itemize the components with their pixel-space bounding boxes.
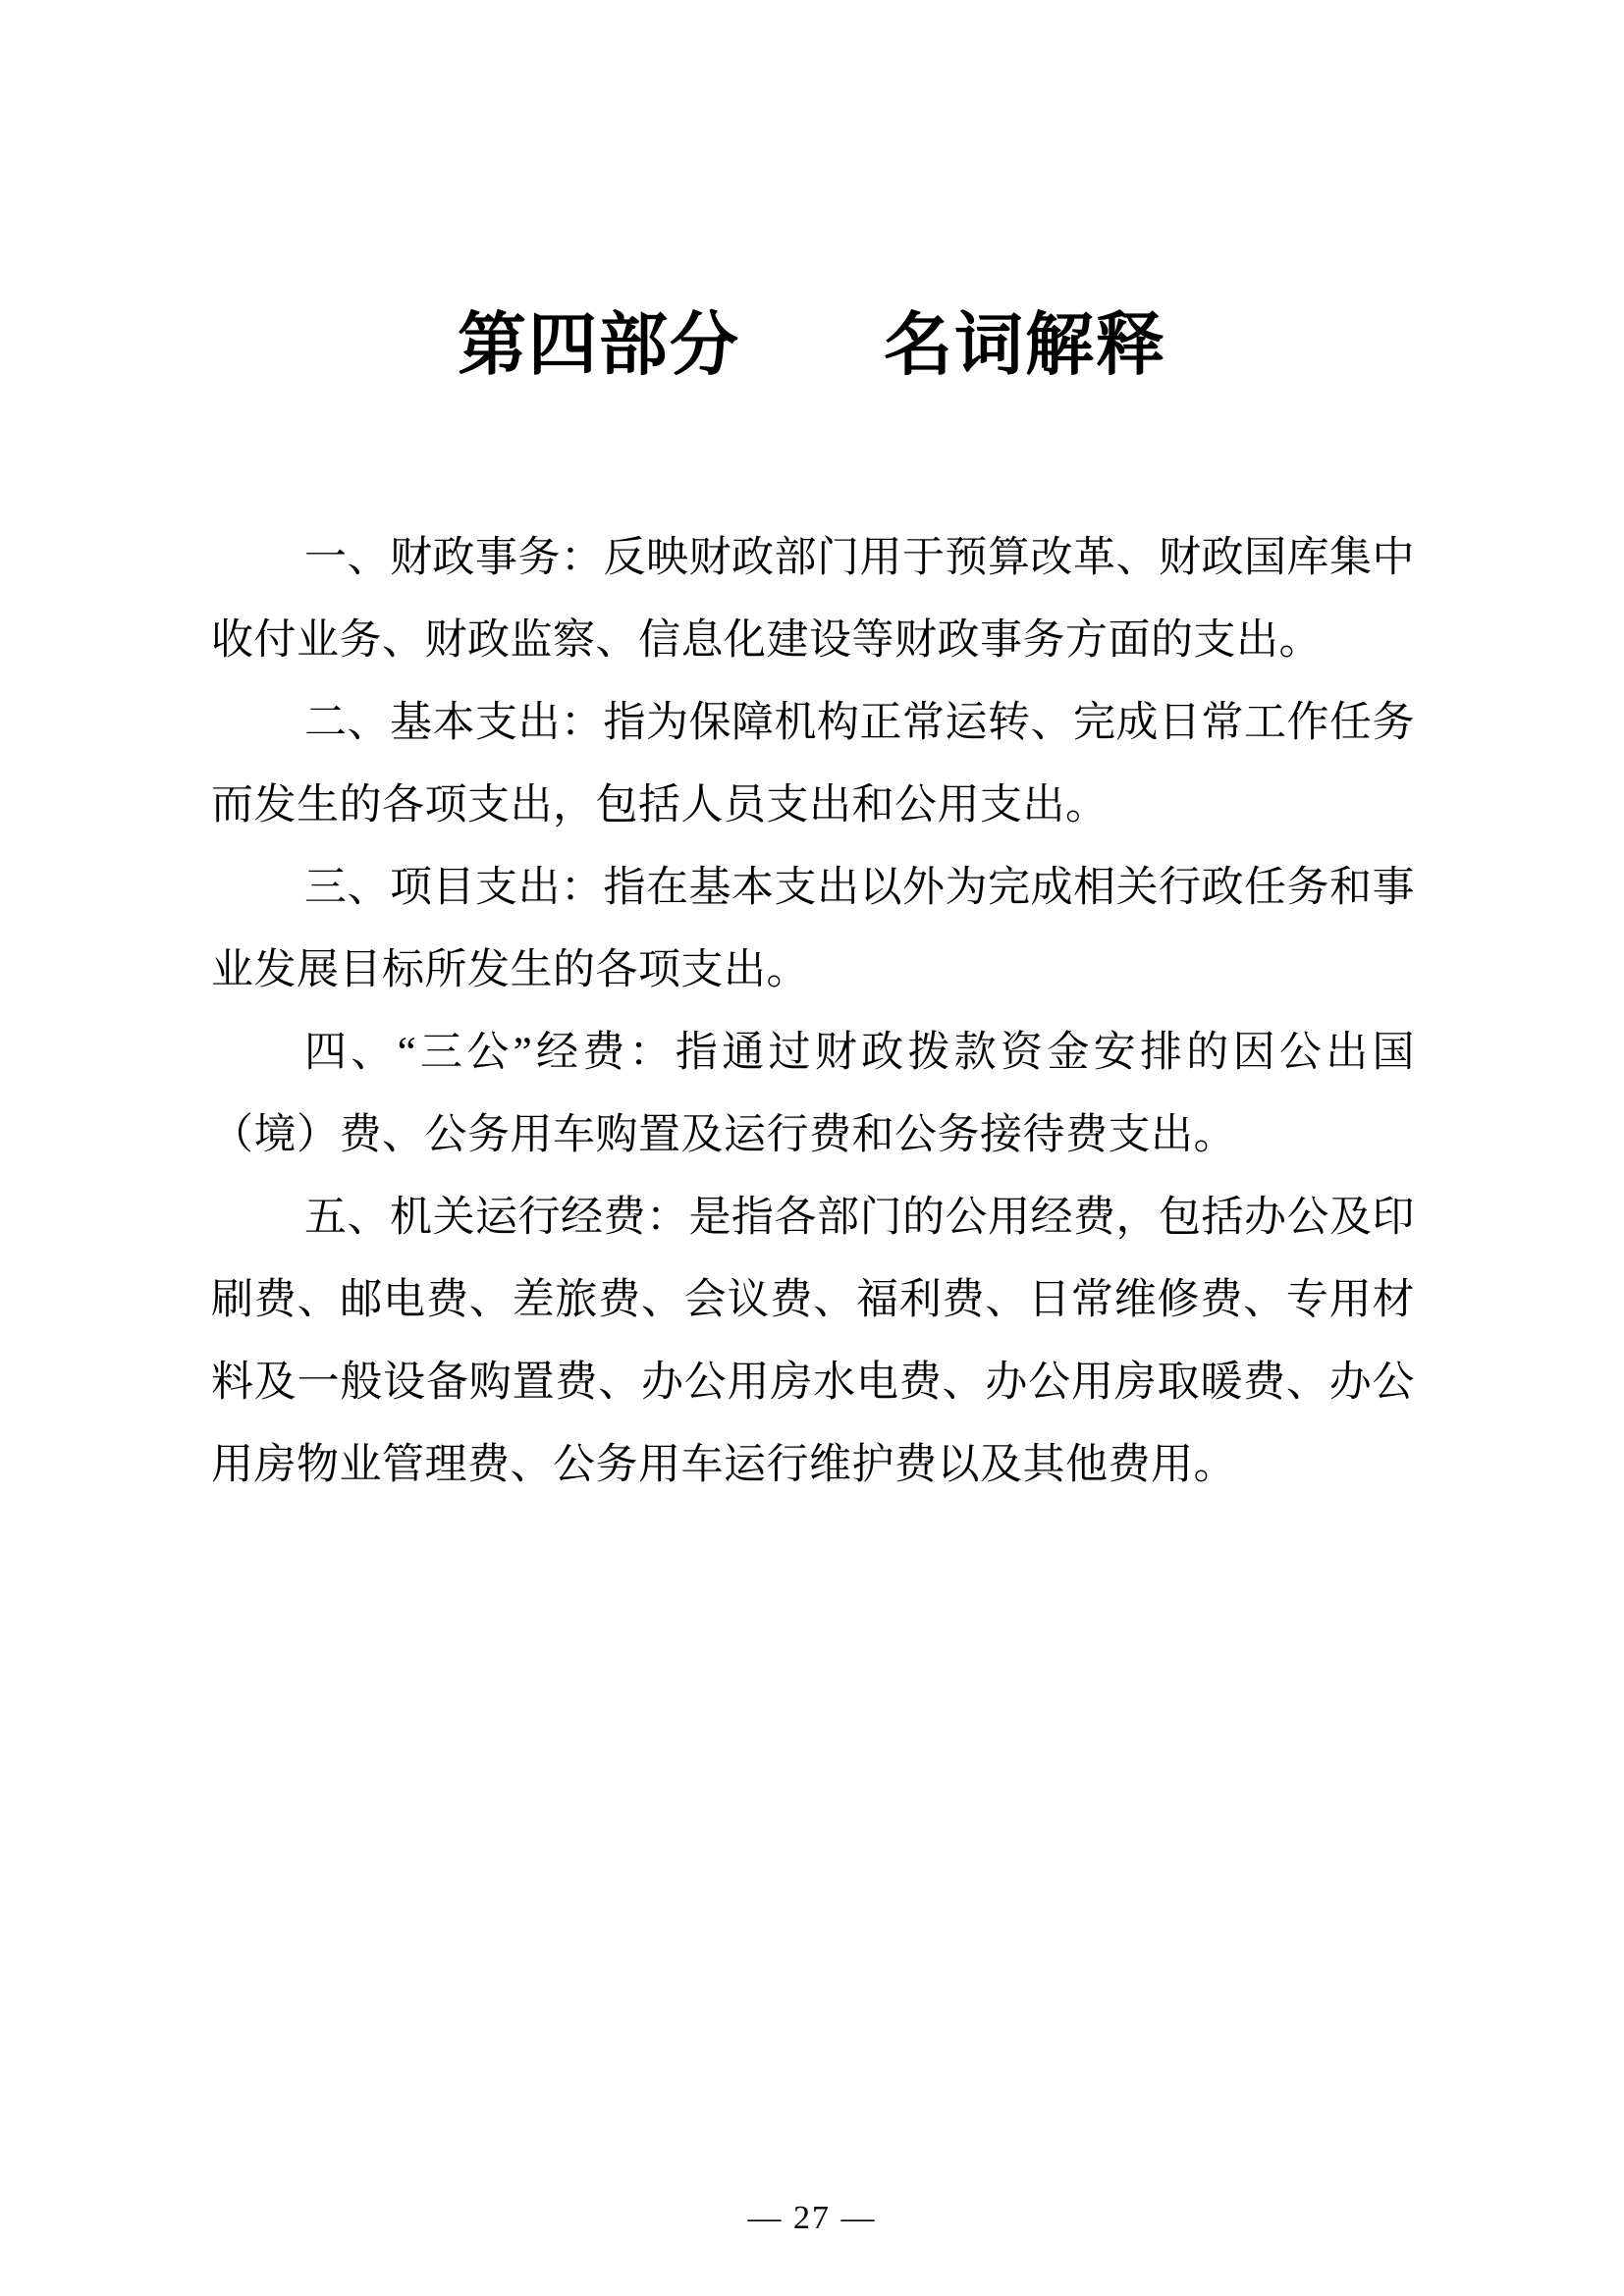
paragraph-finance-affairs: 一、财政事务：反映财政部门用于预算改革、财政国库集中收付业务、财政监察、信息化建… [211,517,1415,682]
document-page: 第四部分 名词解释 一、财政事务：反映财政部门用于预算改革、财政国库集中收付业务… [0,0,1624,2296]
paragraph-project-expenditure: 三、项目支出：指在基本支出以外为完成相关行政任务和事业发展目标所发生的各项支出。 [211,847,1415,1012]
title-section-name: 名词解释 [884,306,1166,387]
title-part-label: 第四部分 [458,306,740,387]
page-number: — 27 — [748,2200,877,2236]
paragraph-basic-expenditure: 二、基本支出：指为保障机构正常运转、完成日常工作任务而发生的各项支出，包括人员支… [211,682,1415,847]
document-body: 一、财政事务：反映财政部门用于预算改革、财政国库集中收付业务、财政监察、信息化建… [211,517,1415,1507]
page-footer: — 27 — [0,2199,1624,2238]
page-title: 第四部分 名词解释 [0,306,1624,387]
paragraph-agency-operating-funds: 五、机关运行经费：是指各部门的公用经费，包括办公及印刷费、邮电费、差旅费、会议费… [211,1177,1415,1507]
paragraph-three-public-funds: 四、“三公”经费：指通过财政拨款资金安排的因公出国（境）费、公务用车购置及运行费… [211,1012,1415,1177]
